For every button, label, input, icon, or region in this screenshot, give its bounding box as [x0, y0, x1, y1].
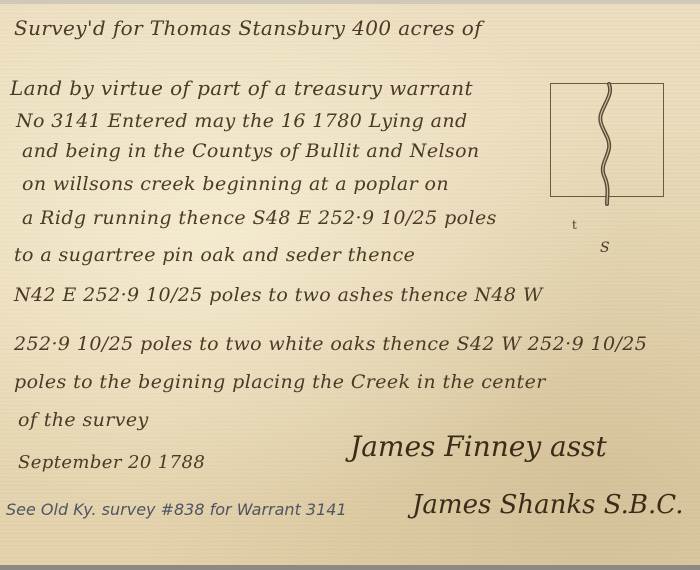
survey-line-6: a Ridg running thence S48 E 252·9 10/25 …	[22, 207, 497, 229]
archival-pencil-note: See Old Ky. survey #838 for Warrant 3141	[6, 500, 347, 519]
plat-mark-t: t	[572, 218, 577, 232]
scan-bottom-edge	[0, 565, 700, 570]
survey-line-4: and being in the Countys of Bullit and N…	[22, 140, 480, 162]
plat-mark-s: S	[600, 240, 610, 256]
survey-line-1: Survey'd for Thomas Stansbury 400 acres …	[14, 16, 482, 40]
surveyor-signature: James Finney asst	[350, 430, 607, 463]
survey-line-2: Land by virtue of part of a treasury war…	[10, 76, 473, 100]
scan-top-edge	[0, 0, 700, 4]
survey-line-9: 252·9 10/25 poles to two white oaks then…	[14, 333, 647, 355]
county-surveyor-signature: James Shanks S.B.C.	[412, 490, 684, 520]
survey-line-11: of the survey	[18, 409, 149, 431]
plat-diagram	[550, 83, 664, 197]
survey-date: September 20 1788	[18, 452, 205, 473]
creek-icon	[551, 74, 663, 206]
survey-line-5: on willsons creek beginning at a poplar …	[22, 173, 449, 195]
survey-line-8: N42 E 252·9 10/25 poles to two ashes the…	[14, 284, 543, 306]
survey-line-7: to a sugartree pin oak and seder thence	[14, 244, 415, 266]
survey-line-3: No 3141 Entered may the 16 1780 Lying an…	[16, 110, 468, 132]
survey-line-10: poles to the begining placing the Creek …	[14, 371, 546, 393]
